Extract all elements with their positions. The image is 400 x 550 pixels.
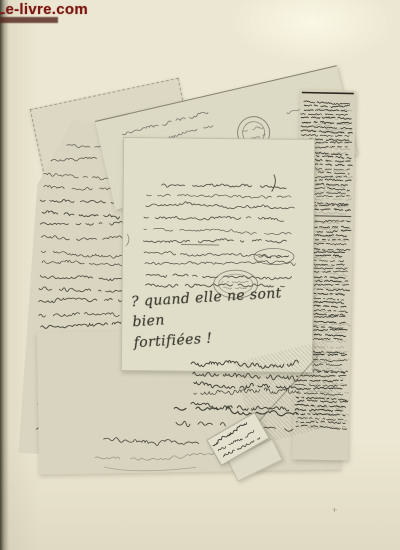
signature-oval-icon xyxy=(251,245,297,267)
book-page: ? quand elle ne sont bien fortifiées ! L… xyxy=(0,0,400,550)
registration-plus-mark: + xyxy=(332,505,337,515)
watermark-text: Le-livre.com xyxy=(0,1,88,18)
annotation-line1: ? quand elle ne sont bien xyxy=(131,285,282,330)
book-gutter-shadow xyxy=(0,0,9,550)
